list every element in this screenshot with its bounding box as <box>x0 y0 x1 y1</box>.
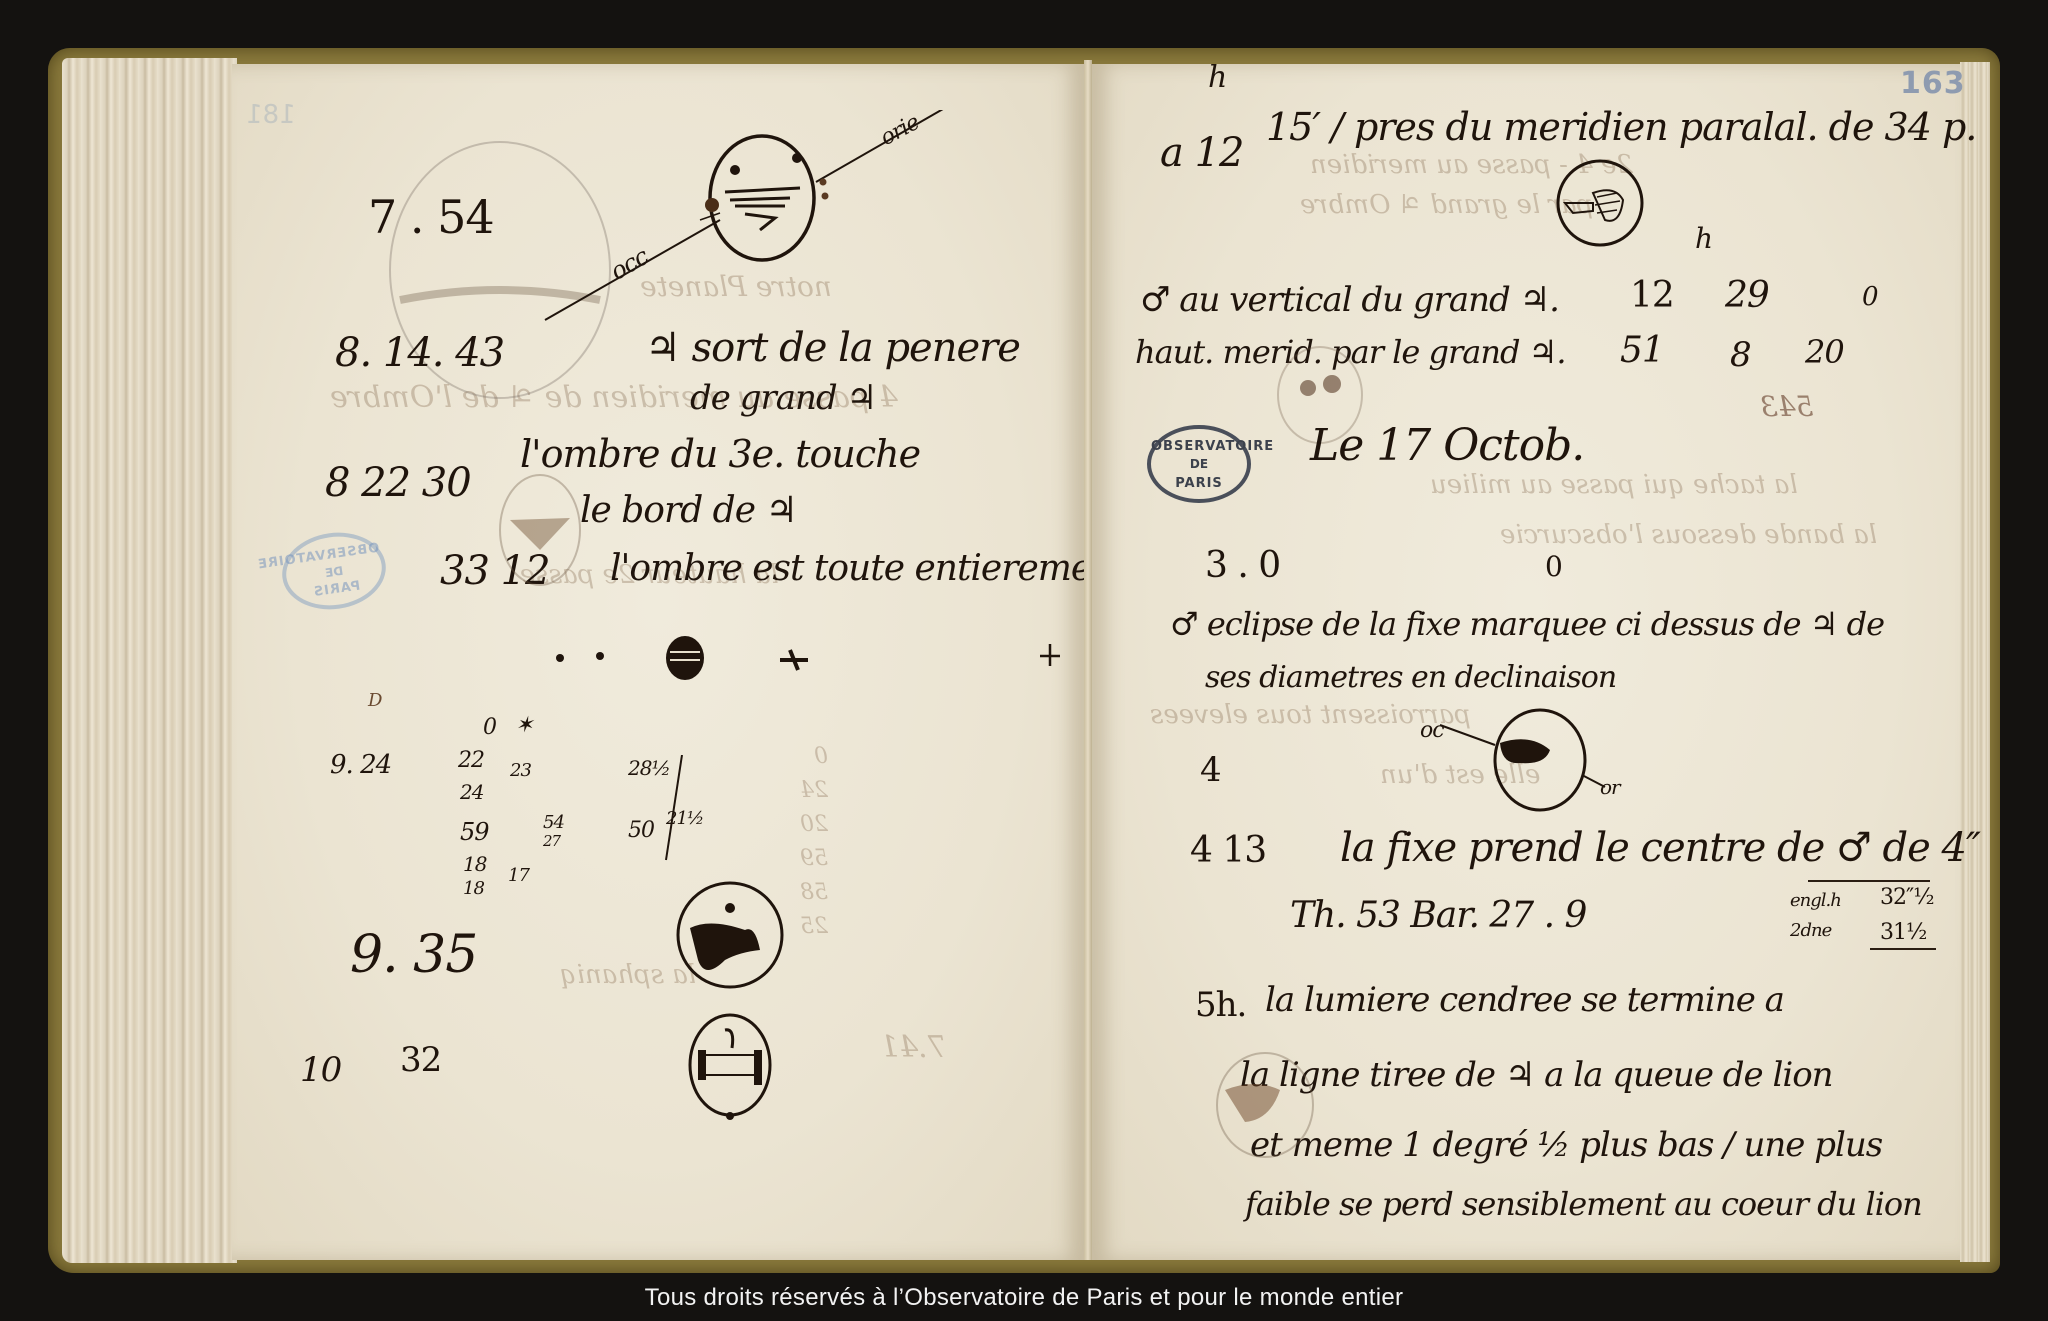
bleed-through-numbers: 0 24 20 59 58 25 <box>800 740 828 944</box>
satellite-configuration <box>540 630 1080 680</box>
bleed-through-text: la bande dessous l'obscurcie <box>1500 520 1877 550</box>
value-cell: 51 <box>1620 330 1664 371</box>
observation-note: ♃ sort de la penere <box>645 325 1020 371</box>
time-entry: 3 . 0 <box>1205 545 1280 586</box>
page-edges-left <box>62 58 237 1263</box>
number-cell: 24 <box>460 780 483 804</box>
instrument-readings: Th. 53 Bar. 27 . 9 <box>1290 895 1586 936</box>
value-cell: 20 <box>1805 333 1844 371</box>
hour-superscript: h <box>1695 222 1713 255</box>
copyright-caption: Tous droits réservés à l’Observatoire de… <box>0 1284 2048 1312</box>
reading-value: 31½ <box>1880 920 1926 945</box>
number-cell: 54 <box>543 812 564 833</box>
observation-note: l'ombre est toute entierement <box>610 548 1127 589</box>
observatoire-stamp: OBSERVATOIRE DE PARIS <box>1147 425 1251 503</box>
number-cell: 18 <box>463 878 484 899</box>
underline-stroke <box>1808 880 1930 882</box>
time-entry: 9. 35 <box>350 925 477 985</box>
time-entry: a 12 <box>1160 130 1243 176</box>
value-cell: 12 <box>1630 275 1674 316</box>
mars-disk-drawing <box>1545 155 1655 265</box>
observation-note: ses diametres en declinaison <box>1205 660 1616 695</box>
number-cell: 59 <box>460 818 489 846</box>
value-cell: 0 <box>1862 282 1878 312</box>
value-cell: 8 <box>1730 335 1751 375</box>
underline-stroke <box>1870 948 1936 950</box>
number-cell: 18 <box>463 852 486 876</box>
observation-note: la ligne tiree de ♃ a la queue de lion <box>1240 1055 1833 1095</box>
bleed-through-text: 543 <box>1760 390 1813 423</box>
time-entry: 10 <box>300 1050 341 1090</box>
observation-note: de grand ♃ <box>690 378 876 418</box>
moon-symbol: D <box>368 690 381 711</box>
mars-disk-drawing <box>1440 705 1620 815</box>
number-cell: 22 <box>458 748 484 773</box>
time-entry: 8. 14. 43 <box>335 330 504 376</box>
reading-value: 32″½ <box>1880 885 1934 910</box>
observation-note: ♂ eclipse de la fixe marquee ci dessus d… <box>1170 605 1884 643</box>
observation-note: la lumiere cendree se termine a <box>1265 980 1784 1020</box>
stamp-text: OBSERVATOIRE <box>1151 439 1247 454</box>
observation-note: la fixe prend le centre de ♂ de 4″ <box>1340 825 1980 871</box>
observation-note: et meme 1 degré ½ plus bas / une plus <box>1250 1125 1882 1165</box>
page-edges-right <box>1960 62 1990 1262</box>
jupiter-disk-drawings <box>670 880 790 1120</box>
faint-disk-sketch <box>1210 1050 1320 1160</box>
observation-note: faible se perd sensiblement au coeur du … <box>1245 1185 1922 1223</box>
book-gutter <box>1084 60 1092 1260</box>
time-entry: 32 <box>400 1040 441 1080</box>
time-entry: 5h. <box>1195 985 1246 1025</box>
stamp-text: PARIS <box>1151 476 1247 491</box>
observation-note: 15′ / pres du meridien paralal. de 34 p. <box>1266 105 1976 149</box>
value-cell: 29 <box>1725 275 1769 316</box>
bleed-through-text: 7.41 <box>880 1030 947 1065</box>
observation-note: le bord de ♃ <box>580 490 797 531</box>
reading-label: 2dne <box>1790 920 1831 941</box>
time-entry: 7 . 54 <box>368 190 494 244</box>
hour-superscript: h <box>1208 60 1227 95</box>
observation-note: ♂ au vertical du grand ♃. <box>1140 280 1559 320</box>
time-entry: 4 13 <box>1190 830 1266 871</box>
reading-label: engl.h <box>1790 890 1841 911</box>
date-heading: Le 17 Octob. <box>1310 420 1584 471</box>
bleed-through-text: la tache qui passe au milieu <box>1430 470 1798 500</box>
faint-disk-sketch <box>495 470 585 590</box>
star-mark: ✶ <box>515 713 532 738</box>
number-cell: 0 <box>483 715 496 740</box>
number-cell: 50 <box>628 818 654 843</box>
folio-number: 163 <box>1900 66 1966 101</box>
time-entry: 9. 24 <box>330 750 391 780</box>
separator-stroke <box>660 755 690 865</box>
number-cell: 17 <box>508 865 529 886</box>
time-entry: 0 <box>1545 550 1562 583</box>
stamp-text: DE <box>1151 457 1247 471</box>
time-entry: 4 <box>1200 750 1221 790</box>
number-cell: 23 <box>510 760 531 781</box>
time-entry: 8 22 30 <box>325 460 471 506</box>
folio-bleed-through: 181 <box>246 100 296 130</box>
number-cell: 27 <box>543 832 560 850</box>
